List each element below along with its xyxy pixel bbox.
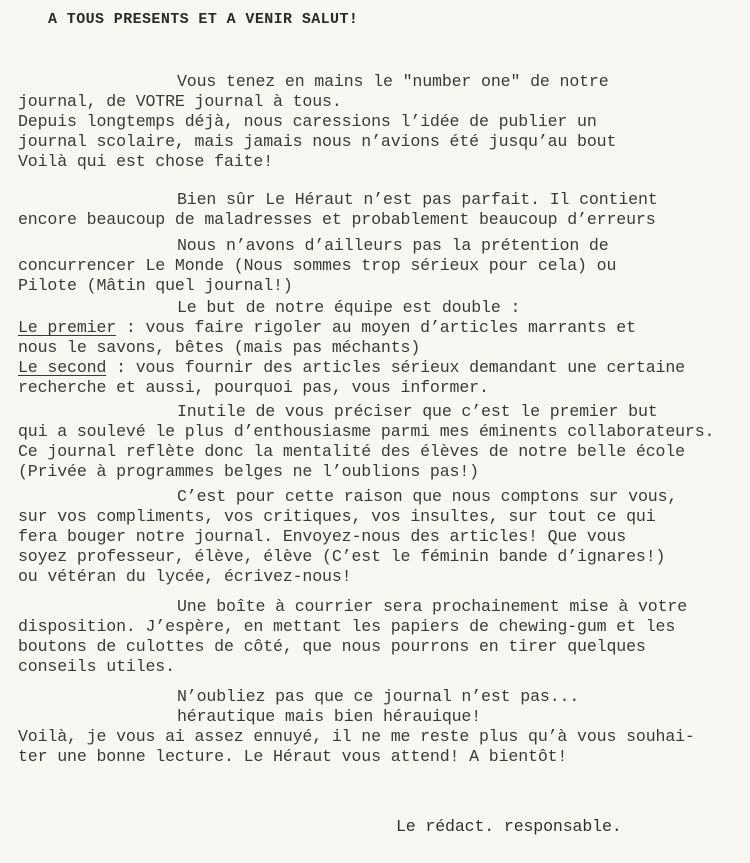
underlined-heading: Le second [18,358,106,377]
line-text: disposition. J’espère, en mettant les pa… [18,617,675,636]
line-text: recherche et aussi, pourquoi pas, vous i… [18,378,489,397]
line-text: Le but de notre équipe est double : [177,298,520,317]
signature: Le rédact. responsable. [396,817,622,837]
line-text: concurrencer Le Monde (Nous sommes trop … [18,256,616,275]
text-line: Le but de notre équipe est double : [177,298,520,318]
text-line: disposition. J’espère, en mettant les pa… [18,617,675,637]
text-line: C’est pour cette raison que nous compton… [177,487,677,507]
line-text: (Privée à programmes belges ne l’oublion… [18,462,479,481]
line-text: ter une bonne lecture. Le Héraut vous at… [18,747,567,766]
text-line: Nous n’avons d’ailleurs pas la prétentio… [177,236,609,256]
line-text: qui a soulevé le plus d’enthousiasme par… [18,422,714,441]
text-line: Une boîte à courrier sera prochainement … [177,597,687,617]
text-line: Ce journal reflète donc la mentalité des… [18,442,685,462]
line-text: Nous n’avons d’ailleurs pas la prétentio… [177,236,609,255]
line-text: Vous tenez en mains le "number one" de n… [177,72,609,91]
line-text: Ce journal reflète donc la mentalité des… [18,442,685,461]
line-text: : vous fournir des articles sérieux dema… [106,358,685,377]
line-text: journal scolaire, mais jamais nous n’avi… [18,132,616,151]
line-text: encore beaucoup de maladresses et probab… [18,210,656,229]
text-line: journal, de VOTRE journal à tous. [18,92,342,112]
text-line: N’oubliez pas que ce journal n’est pas..… [177,687,579,707]
line-text: Une boîte à courrier sera prochainement … [177,597,687,616]
line-text: Depuis longtemps déjà, nous caressions l… [18,112,597,131]
text-line: qui a soulevé le plus d’enthousiasme par… [18,422,714,442]
text-line: fera bouger notre journal. Envoyez-nous … [18,527,626,547]
text-line: (Privée à programmes belges ne l’oublion… [18,462,479,482]
line-text: conseils utiles. [18,657,175,676]
text-line: boutons de culottes de côté, que nous po… [18,637,646,657]
text-line: concurrencer Le Monde (Nous sommes trop … [18,256,616,276]
text-line: Le second : vous fournir des articles sé… [18,358,685,378]
line-text: Voilà, je vous ai assez ennuyé, il ne me… [18,727,695,746]
text-line: hérautique mais bien hérauique! [177,707,481,727]
text-line: Voilà qui est chose faite! [18,152,273,172]
document-title: A TOUS PRESENTS ET A VENIR SALUT! [48,10,358,30]
text-line: recherche et aussi, pourquoi pas, vous i… [18,378,489,398]
line-text: soyez professeur, élève, élève (C’est le… [18,547,665,566]
line-text: ou vétéran du lycée, écrivez-nous! [18,567,351,586]
line-text: nous le savons, bêtes (mais pas méchants… [18,338,420,357]
text-line: encore beaucoup de maladresses et probab… [18,210,656,230]
line-text: : vous faire rigoler au moyen d’articles… [116,318,636,337]
text-line: conseils utiles. [18,657,175,677]
line-text: fera bouger notre journal. Envoyez-nous … [18,527,626,546]
line-text: boutons de culottes de côté, que nous po… [18,637,646,656]
text-line: Inutile de vous préciser que c’est le pr… [177,402,658,422]
text-line: sur vos compliments, vos critiques, vos … [18,507,656,527]
line-text: Pilote (Mâtin quel journal!) [18,276,293,295]
underlined-heading: Le premier [18,318,116,337]
text-line: soyez professeur, élève, élève (C’est le… [18,547,665,567]
text-line: journal scolaire, mais jamais nous n’avi… [18,132,616,152]
line-text: Inutile de vous préciser que c’est le pr… [177,402,658,421]
line-text: N’oubliez pas que ce journal n’est pas..… [177,687,579,706]
line-text: Voilà qui est chose faite! [18,152,273,171]
line-text: C’est pour cette raison que nous compton… [177,487,677,506]
line-text: hérautique mais bien hérauique! [177,707,481,726]
text-line: nous le savons, bêtes (mais pas méchants… [18,338,420,358]
text-line: Depuis longtemps déjà, nous caressions l… [18,112,597,132]
text-line: Vous tenez en mains le "number one" de n… [177,72,609,92]
line-text: Bien sûr Le Héraut n’est pas parfait. Il… [177,190,658,209]
text-line: Voilà, je vous ai assez ennuyé, il ne me… [18,727,695,747]
text-line: Pilote (Mâtin quel journal!) [18,276,293,296]
line-text: journal, de VOTRE journal à tous. [18,92,342,111]
text-line: ou vétéran du lycée, écrivez-nous! [18,567,351,587]
text-line: Le premier : vous faire rigoler au moyen… [18,318,636,338]
text-line: Bien sûr Le Héraut n’est pas parfait. Il… [177,190,658,210]
text-line: ter une bonne lecture. Le Héraut vous at… [18,747,567,767]
line-text: sur vos compliments, vos critiques, vos … [18,507,656,526]
